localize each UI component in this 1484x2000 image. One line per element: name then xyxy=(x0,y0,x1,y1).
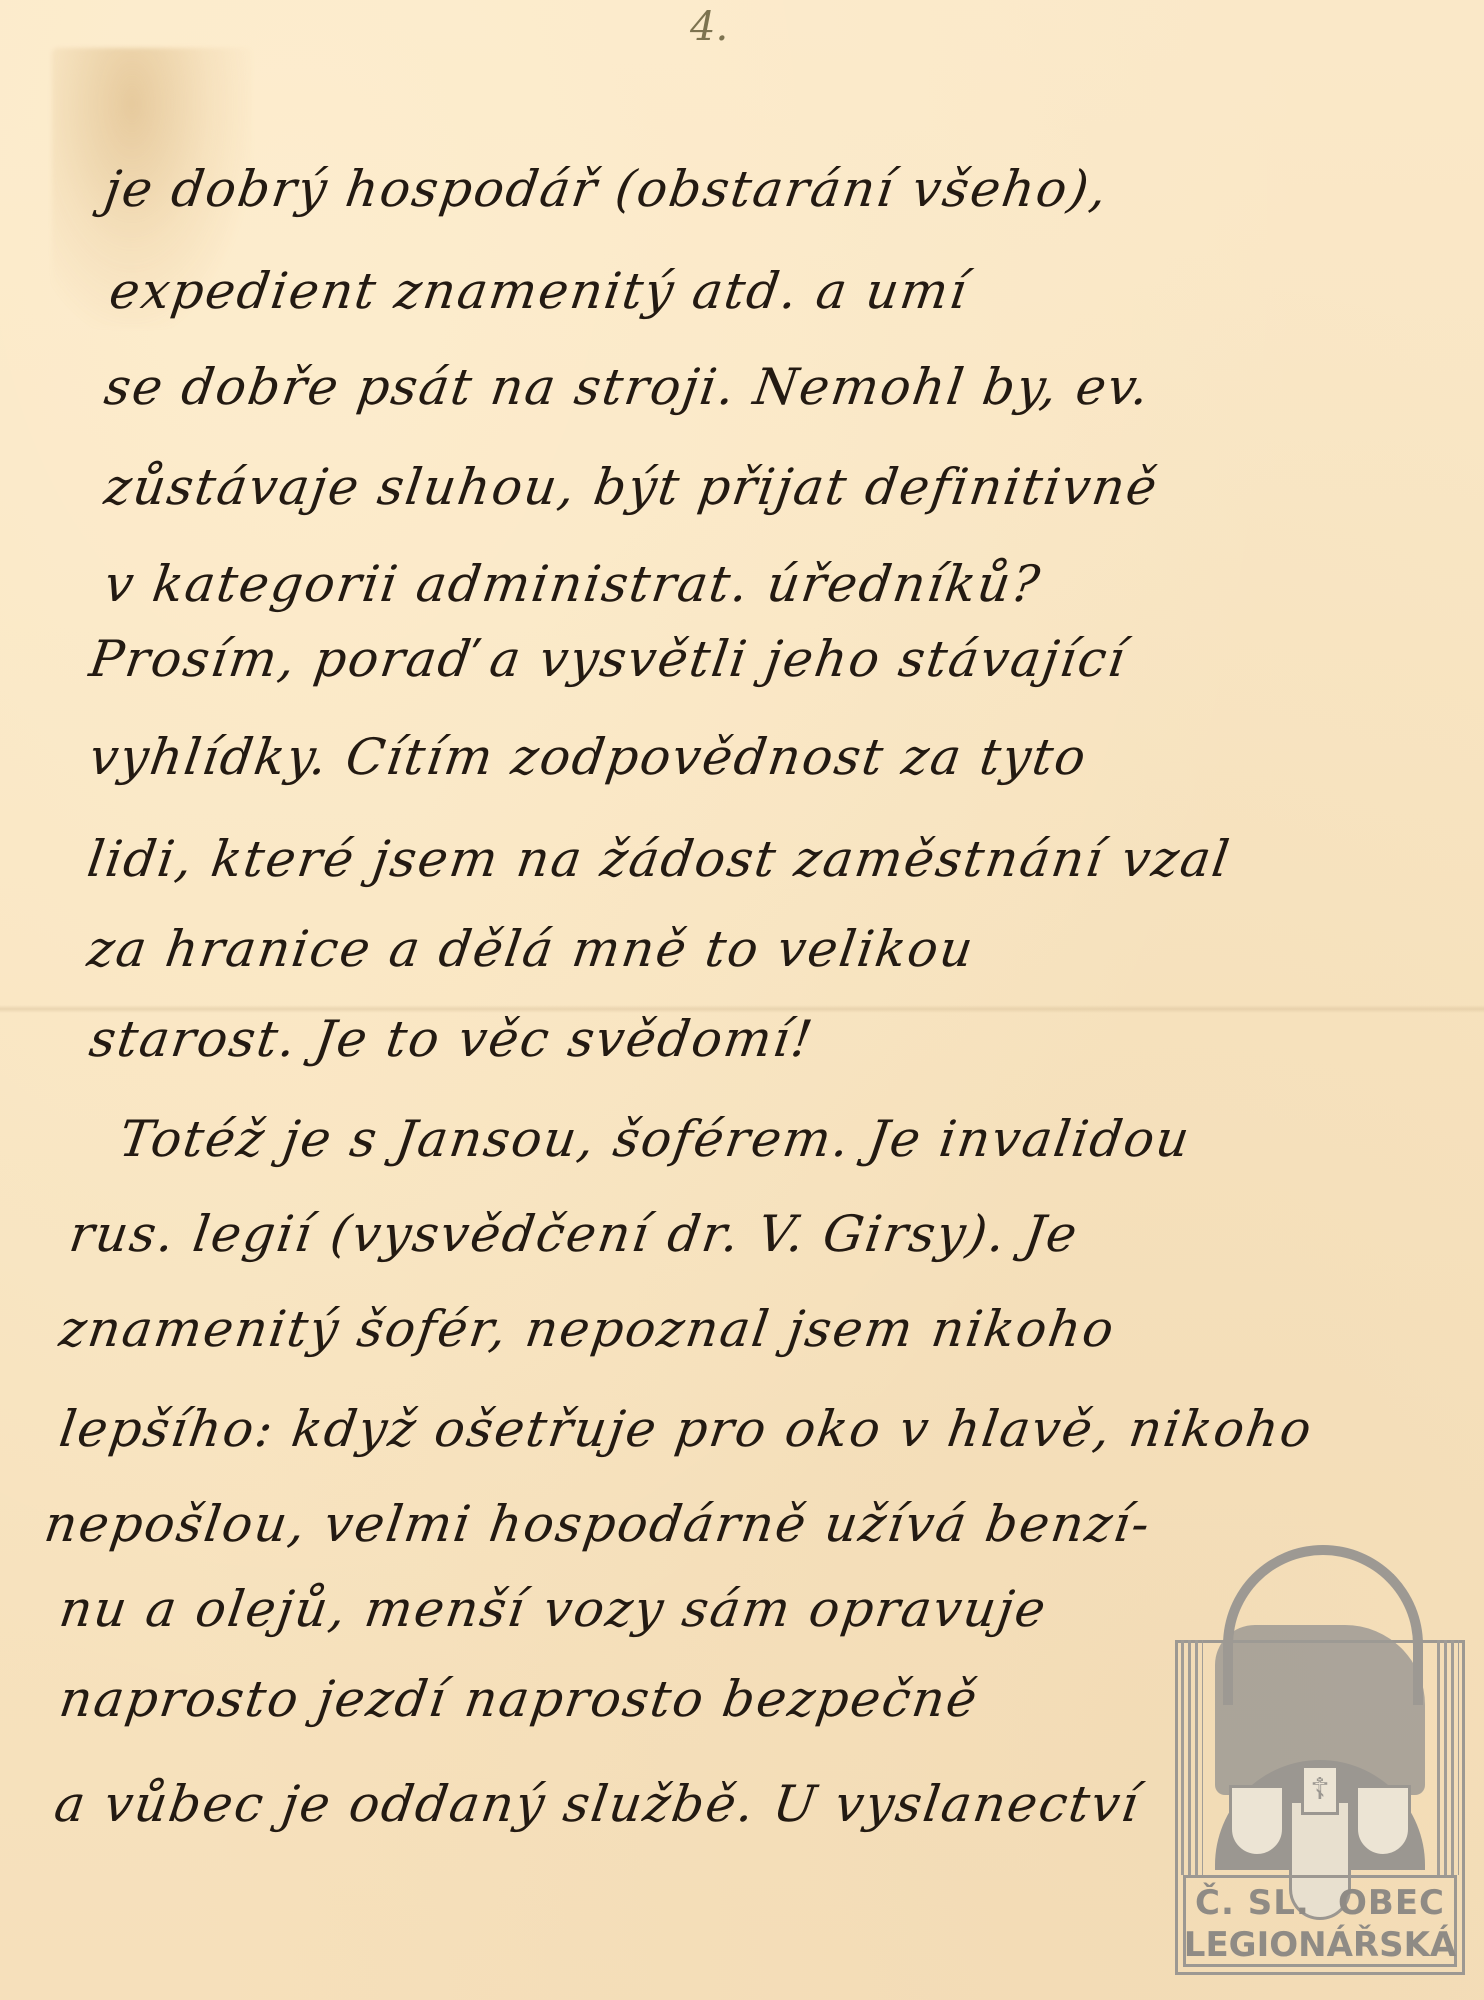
letter-line: lidi, které jsem na žádost zaměstnání vz… xyxy=(84,830,1235,888)
letter-line: nu a olejů, menší vozy sám opravuje xyxy=(56,1580,1051,1638)
letter-line: je dobrý hospodář (obstarání všeho), xyxy=(101,160,1112,218)
helmet-icon xyxy=(1223,1545,1423,1705)
letter-line: vyhlídky. Cítím zodpovědnost za tyto xyxy=(86,728,1091,786)
watermark-line-1: Č. SL. OBEC xyxy=(1175,1883,1465,1923)
letter-line: lepšího: když ošetřuje pro oko v hlavě, … xyxy=(56,1400,1317,1458)
letter-line: Totéž je s Jansou, šoférem. Je invalidou xyxy=(116,1110,1195,1168)
letter-line: naprosto jezdí naprosto bezpečně xyxy=(56,1670,982,1728)
letter-line: expedient znamenitý atd. a umí xyxy=(106,262,972,320)
watermark-pillar-right xyxy=(1437,1640,1459,1875)
legion-watermark-logo: ☦ Č. SL. OBEC LEGIONÁŘSKÁ xyxy=(1175,1545,1465,1975)
letter-line: v kategorii administrat. úředníků? xyxy=(101,555,1045,613)
letter-line: se dobře psát na stroji. Nemohl by, ev. xyxy=(101,358,1154,416)
watermark-text-obec: OBEC xyxy=(1338,1883,1445,1923)
letter-line: za hranice a dělá mně to velikou xyxy=(84,920,978,978)
watermark-pillar-left xyxy=(1181,1640,1203,1875)
double-cross-icon: ☦ xyxy=(1301,1765,1339,1815)
letter-line: Prosím, poraď a vysvětli jeho stávající xyxy=(86,630,1130,688)
letter-line: znamenitý šofér, nepoznal jsem nikoho xyxy=(56,1300,1119,1358)
letter-line: zůstávaje sluhou, být přijat definitivně xyxy=(101,458,1162,516)
letter-line: starost. Je to věc svědomí! xyxy=(86,1010,818,1068)
letter-line: a vůbec je oddaný službě. U vyslanectví xyxy=(51,1775,1144,1833)
watermark-line-2: LEGIONÁŘSKÁ xyxy=(1175,1925,1465,1965)
watermark-text-csl: Č. SL. xyxy=(1195,1883,1310,1923)
letter-line: rus. legií (vysvědčení dr. V. Girsy). Je xyxy=(66,1205,1082,1263)
letter-line: nepošlou, velmi hospodárně užívá benzí- xyxy=(41,1495,1155,1553)
coat-of-arms-eagle-icon xyxy=(1355,1785,1411,1857)
coat-of-arms-eagle-icon xyxy=(1229,1785,1285,1857)
